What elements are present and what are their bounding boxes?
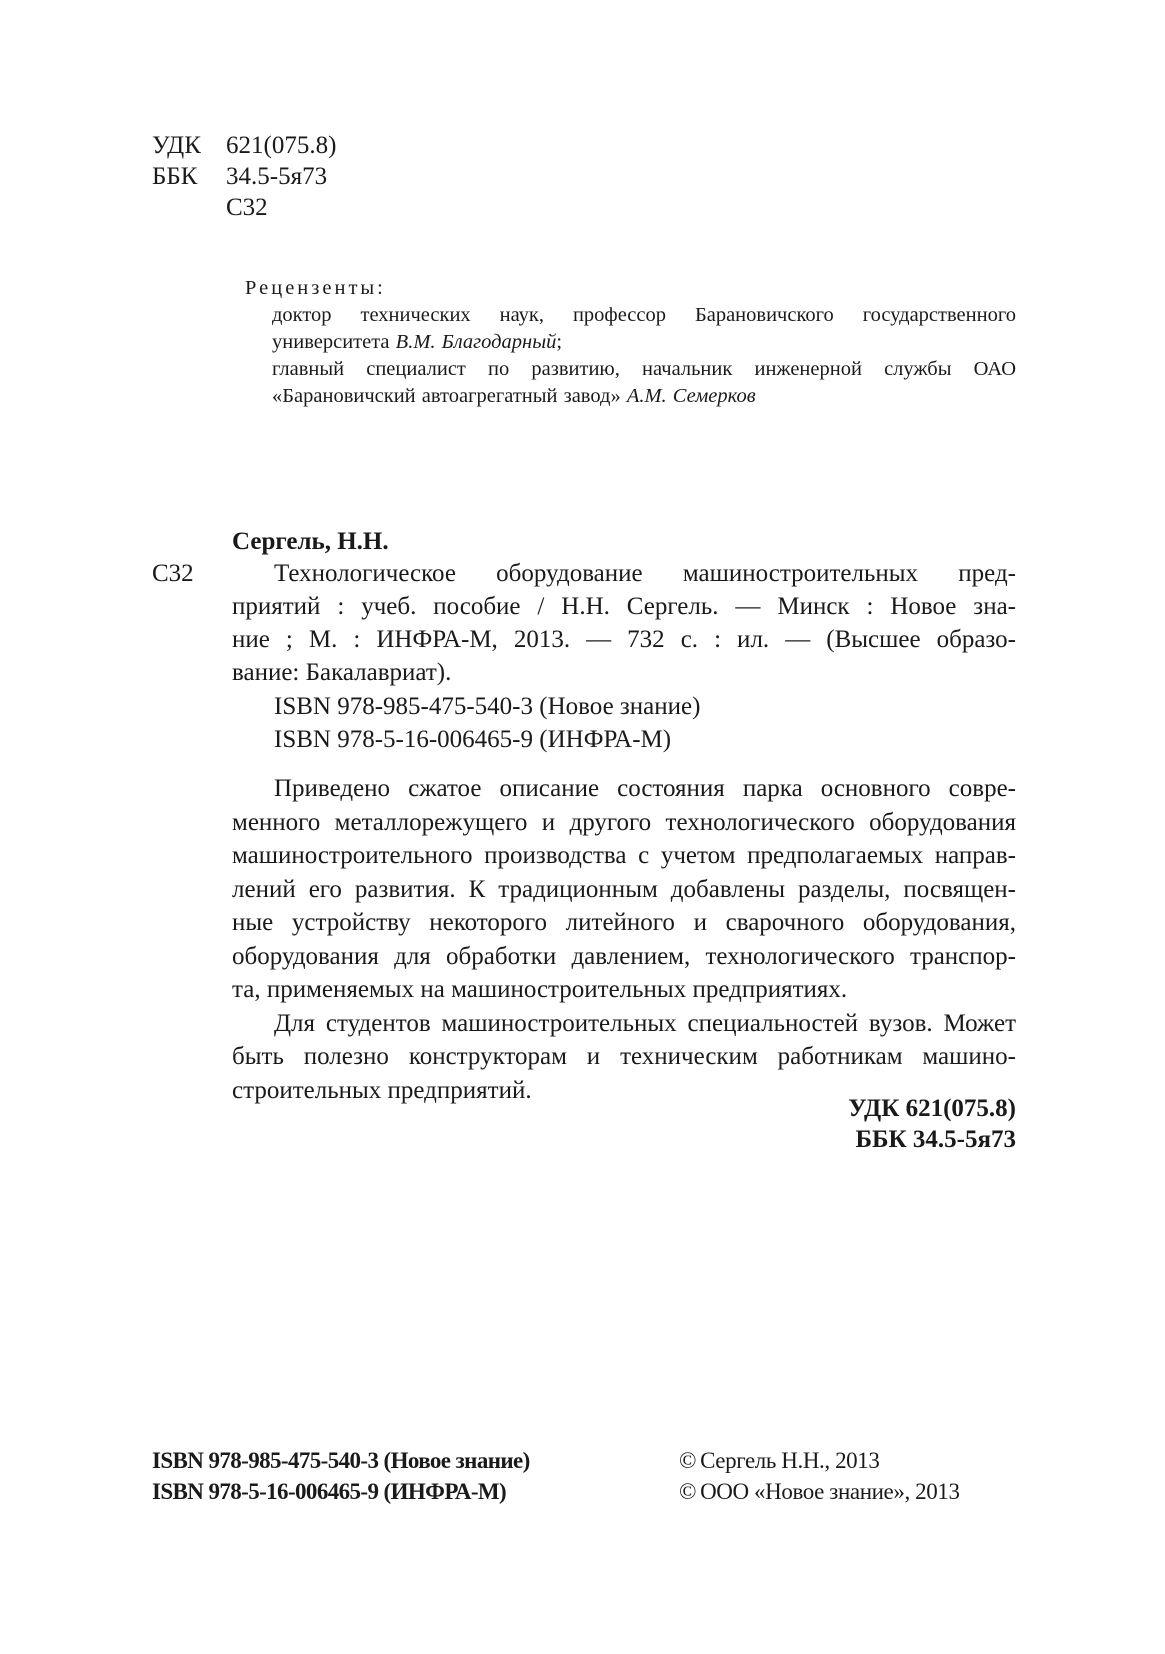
description-line: ние ; М. : ИНФРА-М, 2013. — 732 с. : ил.… — [232, 623, 1016, 656]
reviewers-section: Рецензенты: доктор технических наук, про… — [244, 275, 1016, 410]
author-mark: С32 — [226, 192, 268, 223]
abstract-line: Для студентов машиностроительных специал… — [232, 1007, 1016, 1041]
author-mark-row: С32 — [152, 192, 336, 223]
footer-isbn: ISBN 978-5-16-006465-9 (ИНФРА-М) — [152, 1476, 530, 1507]
reviewer-line: доктор технических наук, профессор Баран… — [272, 302, 1016, 329]
copyright-icon: © — [679, 1445, 696, 1476]
description-line: Технологическое оборудование машинострои… — [232, 557, 1016, 590]
reviewer-name: В.М. Благодарный — [396, 331, 557, 353]
card-author: Сергель, Н.Н. — [232, 527, 389, 557]
abstract-line: быть полезно конструкторам и техническим… — [232, 1040, 1016, 1074]
copyright-text: Сергель Н.Н., 2013 — [700, 1445, 879, 1476]
copyright-text: ООО «Новое знание», 2013 — [700, 1476, 959, 1507]
reviewer-name: А.М. Семерков — [627, 385, 756, 407]
bbk-label: ББК — [152, 161, 226, 192]
abstract-line: оборудования для обработки давлением, те… — [232, 940, 1016, 974]
udk-value: 621(075.8) — [226, 130, 336, 161]
copyright-block: © Сергель Н.Н., 2013 © ООО «Новое знание… — [679, 1445, 960, 1507]
card-isbn: ISBN 978-985-475-540-3 (Новое знание) — [274, 690, 700, 723]
classification-block: УДК 621(075.8) ББК 34.5-5я73 С32 — [152, 130, 336, 223]
footer-isbn-block: ISBN 978-985-475-540-3 (Новое знание) IS… — [152, 1445, 530, 1507]
abstract-line: ные устройству некоторого литейного и св… — [232, 906, 1016, 940]
abstract-line: Приведено сжатое описание состояния парк… — [232, 772, 1016, 806]
card-udk: УДК 621(075.8) — [848, 1093, 1016, 1124]
abstract: Приведено сжатое описание состояния парк… — [232, 772, 1016, 1107]
copyright-icon: © — [679, 1476, 696, 1507]
bbk-value: 34.5-5я73 — [226, 161, 327, 192]
udk-label: УДК — [152, 130, 226, 161]
card-isbn: ISBN 978-5-16-006465-9 (ИНФРА-М) — [274, 723, 700, 756]
reviewer-line: главный специалист по развитию, начальни… — [272, 356, 1016, 383]
udk-row: УДК 621(075.8) — [152, 130, 336, 161]
bibliographic-description: Технологическое оборудование машинострои… — [232, 557, 1016, 689]
abstract-line: та, применяемых на машиностроительных пр… — [232, 973, 1016, 1007]
description-line: вание: Бакалавриат). — [232, 656, 1016, 689]
abstract-line: менного металлорежущего и другого технол… — [232, 806, 1016, 840]
reviewers-title: Рецензенты: — [245, 275, 1016, 302]
bbk-row: ББК 34.5-5я73 — [152, 161, 336, 192]
card-indices: УДК 621(075.8) ББК 34.5-5я73 — [848, 1093, 1016, 1155]
abstract-line: лений его развития. К традиционным добав… — [232, 873, 1016, 907]
card-bbk: ББК 34.5-5я73 — [848, 1124, 1016, 1155]
card-isbn-block: ISBN 978-985-475-540-3 (Новое знание) IS… — [274, 690, 700, 756]
footer-isbn: ISBN 978-985-475-540-3 (Новое знание) — [152, 1445, 530, 1476]
reviewer-line: «Барановичский автоагрегатный завод» А.М… — [272, 383, 1016, 410]
abstract-line: машиностроительного производства с учето… — [232, 839, 1016, 873]
copyright-line: © Сергель Н.Н., 2013 — [679, 1445, 960, 1476]
card-author-mark: С32 — [152, 559, 194, 589]
description-line: приятий : учеб. пособие / Н.Н. Сергель. … — [232, 590, 1016, 623]
reviewer-line: университета В.М. Благодарный; — [272, 329, 1016, 356]
copyright-line: © ООО «Новое знание», 2013 — [679, 1476, 960, 1507]
